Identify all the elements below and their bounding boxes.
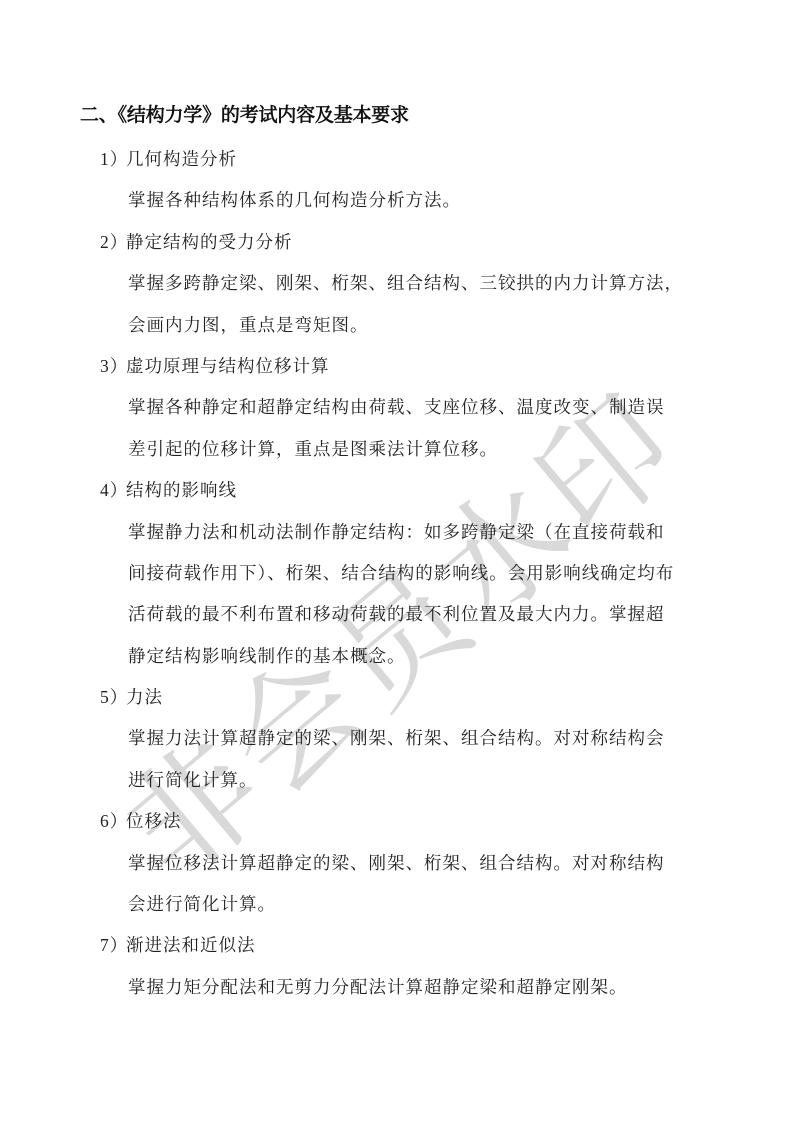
- item-body-row: 掌握多跨静定梁、刚架、桁架、组合结构、三铰拱的内力计算方法，: [0, 263, 793, 304]
- item-body-line: 掌握静力法和机动法制作静定结构：如多跨静定梁（在直接荷载和: [128, 512, 665, 553]
- item-body-line: 间接荷载作用下）、桁架、结合结构的影响线。会用影响线确定均布: [128, 553, 674, 594]
- item-heading-row: 3）虚功原理与结构位移计算: [0, 346, 793, 387]
- item-body-line: 差引起的位移计算，重点是图乘法计算位移。: [128, 429, 498, 470]
- item-heading: 结构的影响线: [126, 470, 237, 511]
- item-heading: 渐进法和近似法: [126, 925, 256, 966]
- item-number: 2）: [100, 222, 128, 263]
- item-body-line: 掌握力法计算超静定的梁、刚架、桁架、组合结构。对对称结构会: [128, 718, 665, 759]
- document-title: 二、《结构力学》的考试内容及基本要求: [80, 100, 409, 127]
- item-body-row: 掌握力矩分配法和无剪力分配法计算超静定梁和超静定刚架。: [0, 967, 793, 1008]
- item-body-row: 会画内力图，重点是弯矩图。: [0, 305, 793, 346]
- item-body-line: 掌握各种静定和超静定结构由荷载、支座位移、温度改变、制造误: [128, 387, 665, 428]
- item-number: 4）: [100, 470, 128, 511]
- item-heading: 力法: [126, 677, 163, 718]
- item-number: 6）: [100, 801, 128, 842]
- item-body-line: 静定结构影响线制作的基本概念。: [128, 636, 406, 677]
- item-body-line: 掌握多跨静定梁、刚架、桁架、组合结构、三铰拱的内力计算方法，: [128, 263, 683, 304]
- item-heading-row: 4）结构的影响线: [0, 470, 793, 511]
- item-body-row: 掌握各种静定和超静定结构由荷载、支座位移、温度改变、制造误: [0, 387, 793, 428]
- item-heading-row: 5）力法: [0, 677, 793, 718]
- item-number: 7）: [100, 925, 128, 966]
- item-body-line: 掌握力矩分配法和无剪力分配法计算超静定梁和超静定刚架。: [128, 967, 628, 1008]
- item-body-row: 掌握各种结构体系的几何构造分析方法。: [0, 180, 793, 221]
- item-heading: 虚功原理与结构位移计算: [126, 346, 330, 387]
- item-heading-row: 7）渐进法和近似法: [0, 925, 793, 966]
- item-number: 3）: [100, 346, 128, 387]
- item-number: 1）: [100, 139, 128, 180]
- item-heading: 位移法: [126, 801, 182, 842]
- item-body-line: 掌握位移法计算超静定的梁、刚架、桁架、组合结构。对对称结构: [128, 843, 665, 884]
- item-heading: 静定结构的受力分析: [126, 222, 293, 263]
- item-body-line: 掌握各种结构体系的几何构造分析方法。: [128, 180, 461, 221]
- item-body-row: 会进行简化计算。: [0, 884, 793, 925]
- item-body-row: 间接荷载作用下）、桁架、结合结构的影响线。会用影响线确定均布: [0, 553, 793, 594]
- item-heading-row: 1）几何构造分析: [0, 139, 793, 180]
- item-body-line: 活荷载的最不利布置和移动荷载的最不利位置及最大内力。掌握超: [128, 594, 665, 635]
- item-heading: 几何构造分析: [126, 139, 237, 180]
- item-body-row: 静定结构影响线制作的基本概念。: [0, 636, 793, 677]
- item-heading-row: 2）静定结构的受力分析: [0, 222, 793, 263]
- item-body-row: 掌握力法计算超静定的梁、刚架、桁架、组合结构。对对称结构会: [0, 718, 793, 759]
- document-body: 1）几何构造分析掌握各种结构体系的几何构造分析方法。2）静定结构的受力分析掌握多…: [0, 139, 793, 1008]
- item-body-line: 会画内力图，重点是弯矩图。: [128, 305, 369, 346]
- item-heading-row: 6）位移法: [0, 801, 793, 842]
- item-body-row: 差引起的位移计算，重点是图乘法计算位移。: [0, 429, 793, 470]
- item-body-row: 掌握位移法计算超静定的梁、刚架、桁架、组合结构。对对称结构: [0, 843, 793, 884]
- item-body-row: 活荷载的最不利布置和移动荷载的最不利位置及最大内力。掌握超: [0, 594, 793, 635]
- item-number: 5）: [100, 677, 128, 718]
- item-body-line: 进行简化计算。: [128, 760, 258, 801]
- document-page: 非会员水印 二、《结构力学》的考试内容及基本要求 1）几何构造分析掌握各种结构体…: [0, 0, 793, 1122]
- item-body-row: 掌握静力法和机动法制作静定结构：如多跨静定梁（在直接荷载和: [0, 512, 793, 553]
- item-body-row: 进行简化计算。: [0, 760, 793, 801]
- item-body-line: 会进行简化计算。: [128, 884, 276, 925]
